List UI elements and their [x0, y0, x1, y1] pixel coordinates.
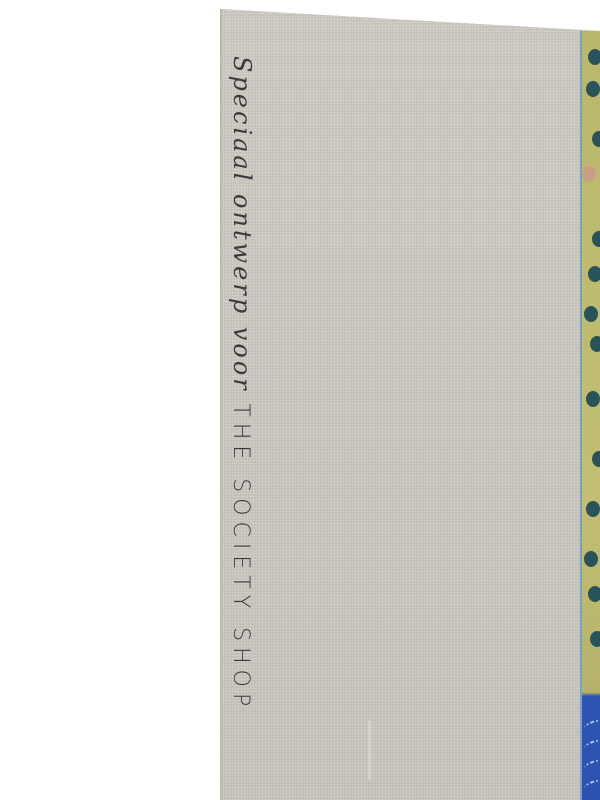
artwork-dot [588, 266, 600, 282]
paper-sheet [220, 0, 600, 800]
artwork-dot [592, 451, 600, 467]
artwork-wave [583, 718, 600, 732]
photo-scene: Speciaal ontwerp voor THE SOCIETY SHOP [0, 0, 600, 800]
artwork-dot [592, 231, 600, 247]
artwork-dot [584, 551, 598, 567]
artwork-wave [583, 738, 600, 752]
artwork-dot [586, 501, 600, 517]
artwork-wave [583, 778, 600, 792]
artwork-dot [588, 49, 600, 65]
artwork-dot [586, 391, 600, 407]
artwork-dot [590, 336, 600, 352]
handwritten-inscription: Speciaal ontwerp voor THE SOCIETY SHOP [228, 56, 256, 712]
artwork-dot [590, 631, 600, 647]
artwork-dot [582, 166, 596, 182]
artwork-dot [588, 586, 600, 602]
paper-left-edge [220, 9, 222, 800]
artwork-edge-strip [580, 31, 600, 800]
artwork-wave [583, 758, 600, 772]
inscription-lowercase: Speciaal ontwerp voor [228, 56, 256, 393]
artwork-dot [586, 81, 600, 97]
paper-crease [368, 720, 371, 780]
inscription-uppercase: THE SOCIETY SHOP [228, 403, 253, 712]
artwork-dot [584, 306, 598, 322]
artwork-dot [592, 131, 600, 147]
